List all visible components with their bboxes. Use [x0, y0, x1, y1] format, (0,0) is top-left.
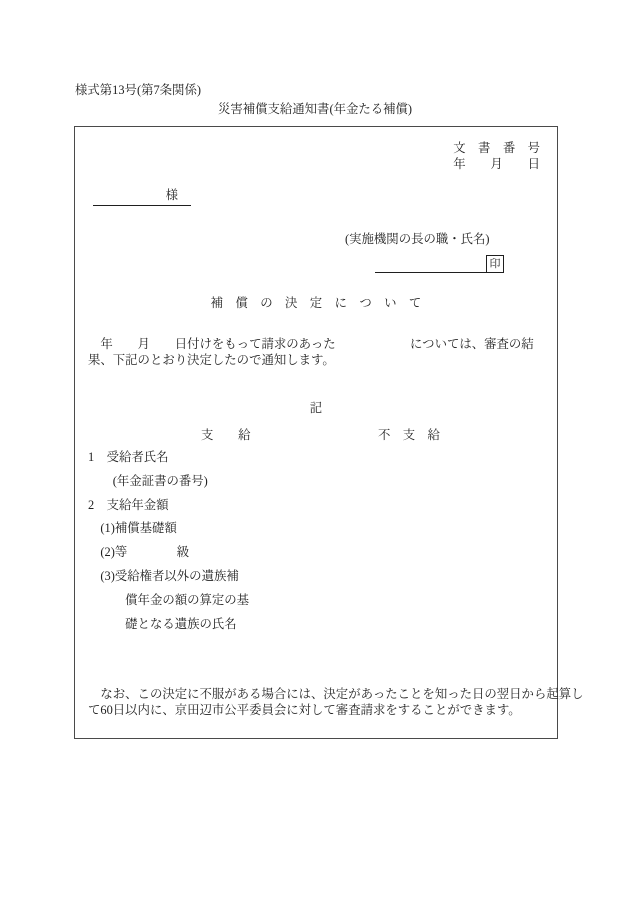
item-line-pension-amount: 2 支給年金額 — [88, 498, 249, 522]
issuer-signature-line — [375, 256, 486, 273]
document-meta-block: 文 書 番 号 年 月 日 — [453, 141, 540, 172]
subject-heading: 補 償 の 決 定 に つ い て — [75, 296, 557, 312]
addressee-suffix: 様 — [166, 188, 178, 202]
item-line-certificate-number: (年金証書の番号) — [88, 474, 249, 498]
body-line: 年 月 日付けをもって請求のあった については、審査の結 — [88, 337, 534, 353]
nopay-column-label: 不 支 給 — [378, 428, 440, 444]
addressee-field: 様 — [93, 188, 191, 206]
document-page: 様式第13号(第7条関係) 災害補償支給通知書(年金たる補償) 文 書 番 号 … — [0, 0, 630, 915]
appeal-note-line: て60日以内に、京田辺市公平委員会に対して審査請求をすることができます。 — [88, 703, 584, 719]
body-paragraph: 年 月 日付けをもって請求のあった については、審査の結 果、下記のとおり決定し… — [88, 337, 534, 368]
record-heading: 記 — [75, 401, 557, 417]
item-line-base-amount: (1)補償基礎額 — [88, 521, 249, 545]
decision-columns-row: 支 給 不 支 給 — [75, 428, 557, 444]
doc-number-label: 文 書 番 号 — [453, 141, 540, 157]
date-label: 年 月 日 — [453, 157, 540, 173]
item-line-survivors-2: 償年金の額の算定の基 — [88, 593, 249, 617]
body-line: 果、下記のとおり決定したので通知します。 — [88, 353, 534, 369]
appeal-note: なお、この決定に不服がある場合には、決定があったことを知った日の翌日から起算し … — [88, 687, 584, 718]
seal-box: 印 — [486, 255, 504, 273]
item-line-recipient-name: 1 受給者氏名 — [88, 450, 249, 474]
appeal-note-line: なお、この決定に不服がある場合には、決定があったことを知った日の翌日から起算し — [88, 687, 584, 703]
addressee-underline: 様 — [93, 188, 191, 206]
document-title: 災害補償支給通知書(年金たる補償) — [0, 102, 630, 118]
pay-column-label: 支 給 — [201, 428, 251, 444]
form-number-label: 様式第13号(第7条関係) — [75, 83, 201, 99]
decision-item-list: 1 受給者氏名 (年金証書の番号) 2 支給年金額 (1)補償基礎額 (2)等 … — [88, 450, 249, 640]
notice-main-box: 文 書 番 号 年 月 日 様 (実施機関の長の職・氏名) 印 補 償 の 決 … — [74, 126, 558, 739]
item-line-survivors-1: (3)受給権者以外の遺族補 — [88, 569, 249, 593]
item-line-survivors-3: 礎となる遺族の氏名 — [88, 617, 249, 641]
item-line-grade: (2)等 級 — [88, 545, 249, 569]
issuer-title-label: (実施機関の長の職・氏名) — [345, 232, 490, 248]
